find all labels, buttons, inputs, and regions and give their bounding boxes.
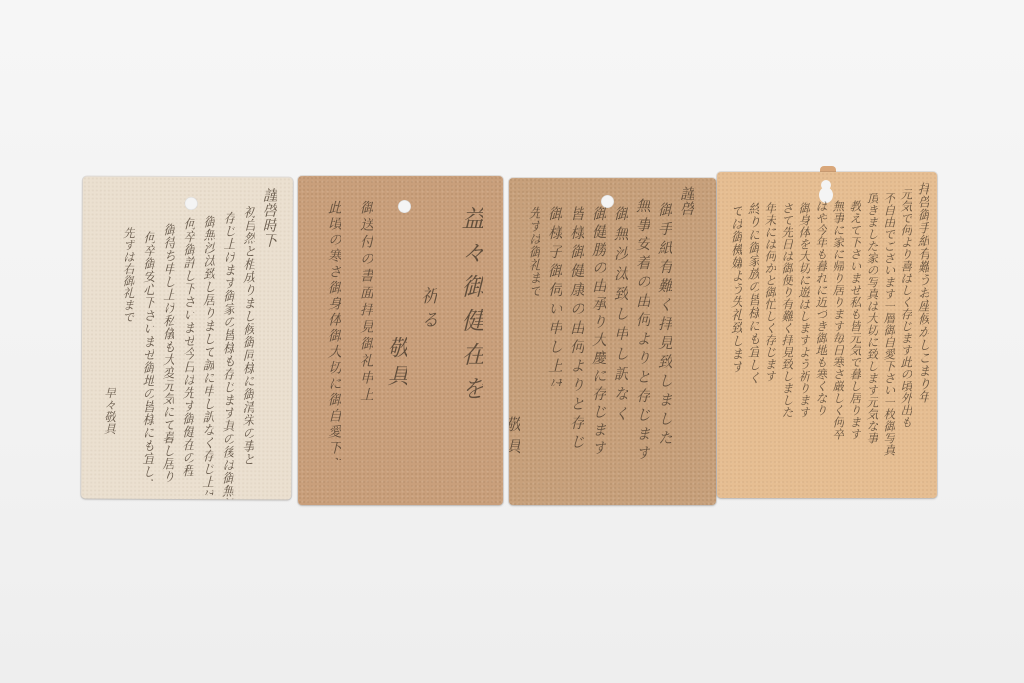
text-column: 早々敬具: [97, 387, 116, 487]
text-column: 年末には何かと御忙しく存じます: [759, 202, 776, 452]
text-column: 御身体を大切に遊ばしますよう祈ります: [793, 202, 810, 462]
handwritten-text: 益々御健在を 祈る 敬具 御送付の書面拝見御礼申上 此頃の寒さ御身体御大切に御自…: [317, 186, 483, 501]
text-column: 終りに御家族の皆様にも宜しく: [742, 202, 759, 442]
handwritten-text: 謹啓 御手紙有難く拝見致しました 無事安着の由何よりと存じます 御無沙汰致し申し…: [509, 186, 694, 501]
text-column: 頂きました家の写真は大切に致します元気な事: [861, 192, 878, 482]
text-column: さて先日は御便り有難く拝見致しました: [776, 202, 793, 462]
postcard-4: 拝啓御手紙有難うお座候かしこまり年 元気で何より喜ばしく存じます此の頃外出も 不…: [717, 172, 937, 498]
handwritten-text: 謹啓時下 初自然と相成りまし候御同様に御清栄の事と 存じ上げます御家の皆様も存じ…: [97, 187, 277, 488]
text-column: 御健勝の由承り大慶に存じます: [584, 206, 606, 476]
photo-background: 謹啓時下 初自然と相成りまし候御同様に御清栄の事と 存じ上げます御家の皆様も存じ…: [0, 0, 1024, 683]
text-column: 謹啓時下: [254, 187, 276, 257]
postcard-3: 謹啓 御手紙有難く拝見致しました 無事安着の由何よりと存じます 御無沙汰致し申し…: [509, 178, 716, 505]
text-column: 御待ち申し上げ私儀も大変元気にて暮し居ります: [153, 223, 174, 483]
text-column: はや今年も暮れに近づき御地も寒くなり: [810, 200, 827, 480]
text-column: 教えて下さいませ私も皆元気で暮し居ります: [844, 200, 861, 490]
postcard-2: 益々御健在を 祈る 敬具 御送付の書面拝見御礼申上 此頃の寒さ御身体御大切に御自…: [298, 176, 503, 505]
handwritten-text: 拝啓御手紙有難うお座候かしこまり年 元気で何より喜ばしく存じます此の頃外出も 不…: [725, 182, 929, 492]
text-column: 存じ上げます御家の皆様も存じます其の後は御無沙汰: [213, 211, 235, 499]
text-column: 何卒御安心下さいませ御地の皆様にも宜しく: [133, 231, 154, 481]
text-column: 皆様御健康の由何よりと存じ: [562, 206, 584, 476]
text-column: 無事に家に帰り居ります毎日寒さ厳しく何卒: [827, 200, 844, 480]
text-column: 御様子御伺い申し上げます: [540, 206, 562, 386]
text-column: 御無沙汰致し居りまして誠に申し訳なく存じ上げます: [193, 215, 214, 495]
text-column: 御無沙汰致し申し訳なく: [606, 206, 628, 476]
text-column: 何卒御許し下さいませ今日は先ず御健在の程: [173, 217, 194, 487]
text-column: 益々御健在を: [437, 206, 483, 456]
text-column: 無事安着の由何よりと存じます: [628, 198, 650, 478]
text-column: では御機嫌よう失礼致します: [725, 204, 742, 444]
text-column: 拝啓御手紙有難うお座候かしこまり年: [912, 182, 929, 492]
text-column: 不自由でございます一層御自愛下さい一枚御写真: [878, 192, 895, 492]
text-column: 謹啓: [672, 186, 694, 236]
postcard-1: 謹啓時下 初自然と相成りまし候御同様に御清栄の事と 存じ上げます御家の皆様も存じ…: [81, 176, 293, 499]
text-column: 先ずは御礼まで: [520, 206, 540, 296]
text-column: 敬具: [509, 416, 520, 466]
text-column: 祈る: [407, 286, 437, 346]
text-column: 御送付の書面拝見御礼申上: [349, 200, 373, 480]
text-column: 元気で何より喜ばしく存じます此の頃外出も: [895, 188, 912, 488]
text-column: 此頃の寒さ御身体御大切に御自愛下さい: [317, 200, 341, 460]
text-column: 初自然と相成りまし候御同様に御清栄の事と: [233, 205, 255, 499]
text-column: 御手紙有難く拝見致しました: [650, 202, 672, 482]
text-column: 先ずは右御礼まで: [116, 227, 135, 427]
text-column: 敬具: [373, 336, 407, 406]
